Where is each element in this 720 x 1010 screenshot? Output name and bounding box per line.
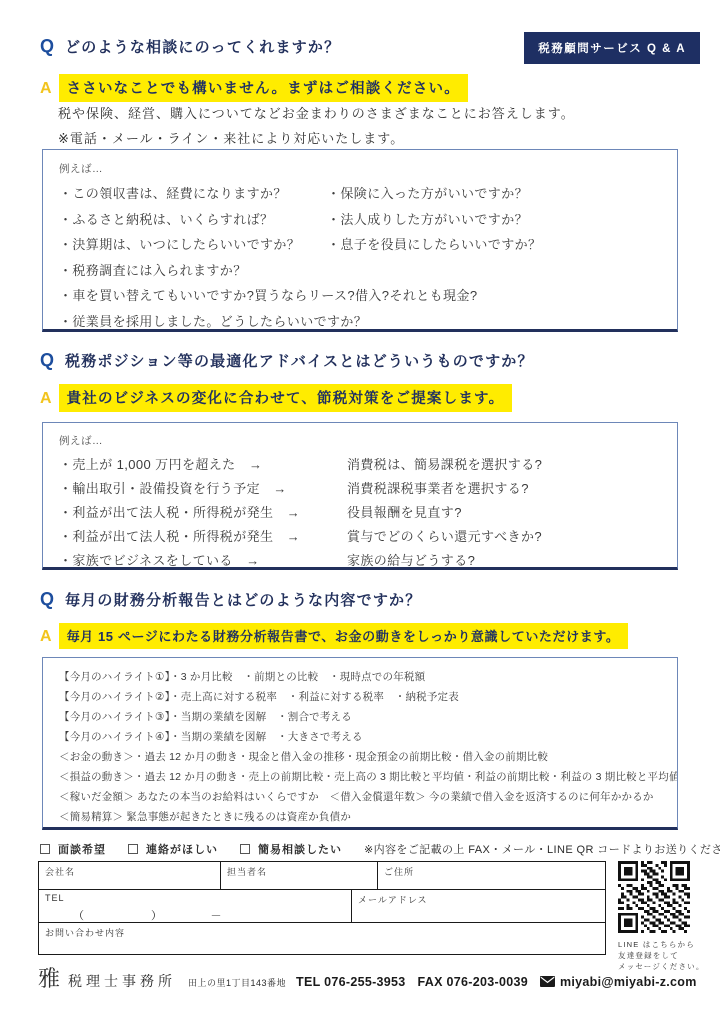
example-item: ・息子を役員にしたらいいですか？ bbox=[327, 232, 541, 258]
office-name: 税理士事務所 bbox=[68, 971, 176, 991]
example-condition: ・輸出取引・設備投資を行う予定 → bbox=[59, 477, 347, 501]
example-box-1: 例えば… ・この領収書は、経費になりますか？ ・保険に入った方がいいですか？ ・… bbox=[42, 149, 678, 332]
example-action: 消費税課税事業者を選択する? bbox=[347, 477, 529, 501]
example-row: ・この領収書は、経費になりますか？ ・保険に入った方がいいですか？ bbox=[59, 181, 661, 207]
inquiry-field[interactable]: お問い合わせ内容 bbox=[39, 923, 605, 953]
report-line: 【今月のハイライト②】・売上高に対する税率 ・利益に対する税率 ・納税予定表 bbox=[59, 687, 661, 707]
question-1-text: どのような相談にのってくれますか？ bbox=[65, 36, 340, 57]
answer-3: A 毎月 15 ページにわたる財務分析報告書で、お金の動きをしっかり意識していた… bbox=[40, 623, 628, 649]
office-email-wrap: miyabi@miyabi-z.com bbox=[540, 973, 697, 991]
question-2: Q 税務ポジション等の最適化アドバイスとはどういうものですか？ bbox=[40, 350, 534, 371]
example-row: ・輸出取引・設備投資を行う予定 → 消費税課税事業者を選択する? bbox=[59, 477, 661, 501]
example-condition: ・利益が出て法人税・所得税が発生 → bbox=[59, 525, 347, 549]
line-qr-code bbox=[618, 861, 690, 933]
tel-field[interactable]: TEL （ ） － bbox=[39, 890, 352, 922]
report-line: 【今月のハイライト③】・当期の業績を図解 ・割合で考える bbox=[59, 707, 661, 727]
form-row-3: お問い合わせ内容 bbox=[39, 923, 605, 953]
answer-2-highlight: 貴社のビジネスの変化に合わせて、節税対策をご提案します。 bbox=[59, 384, 513, 412]
example-row: ・決算期は、いつにしたらいいですか？ ・息子を役員にしたらいいですか？ bbox=[59, 232, 661, 258]
office-email: miyabi@miyabi-z.com bbox=[560, 975, 697, 989]
contact-person-field[interactable]: 担当者名 bbox=[221, 862, 378, 889]
checkbox-meeting[interactable] bbox=[40, 844, 50, 854]
answer-1-description: 税や保険、経営、購入についてなどお金まわりのさまざまなことにお答えします。 ※電… bbox=[58, 101, 575, 151]
service-title-badge: 税務顧問サービス Q & A bbox=[524, 32, 700, 64]
office-tel: TEL 076-255-3953 bbox=[296, 975, 406, 989]
example-item: ・法人成りした方がいいですか？ bbox=[327, 207, 528, 233]
example-action: 賞与でどのくらい還元すべきか? bbox=[347, 525, 542, 549]
envelope-icon bbox=[540, 974, 555, 992]
q-letter: Q bbox=[40, 589, 54, 610]
example-action: 役員報酬を見直す? bbox=[347, 501, 462, 525]
address-field[interactable]: ご住所 bbox=[378, 862, 605, 889]
question-3-text: 毎月の財務分析報告とはどのような内容ですか？ bbox=[65, 589, 421, 610]
report-line: ＜稼いだ金額＞ あなたの本当のお給料はいくらですか ＜借入金償還年数＞ 今の業績… bbox=[59, 787, 661, 807]
a-letter: A bbox=[40, 390, 52, 408]
example-item: ・ふるさと納税は、いくらすれば？ bbox=[59, 207, 327, 233]
answer-1: A ささいなことでも構いません。まずはご相談ください。 bbox=[40, 74, 468, 102]
example-action: 家族の給与どうする? bbox=[347, 549, 475, 570]
example-item: ・保険に入った方がいいですか？ bbox=[327, 181, 528, 207]
example-row: ・利益が出て法人税・所得税が発生 → 賞与でどのくらい還元すべきか? bbox=[59, 525, 661, 549]
report-line: ＜損益の動き＞・過去 12 か月の動き・売上の前期比較・売上高の 3 期比較と平… bbox=[59, 767, 661, 787]
example-condition: ・家族でビジネスをしている → bbox=[59, 549, 347, 570]
example-item: ・税務調査には入られますか？ bbox=[59, 258, 661, 284]
q-letter: Q bbox=[40, 350, 54, 371]
example-row: ・利益が出て法人税・所得税が発生 → 役員報酬を見直す? bbox=[59, 501, 661, 525]
office-logo: 雅 bbox=[38, 962, 60, 993]
example-item: ・この領収書は、経費になりますか？ bbox=[59, 181, 327, 207]
answer-1-highlight: ささいなことでも構いません。まずはご相談ください。 bbox=[59, 74, 468, 102]
example-item: ・車を買い替えてもいいですか?買うならリース?借入?それとも現金? bbox=[59, 283, 661, 309]
qa-flyer-page: Q どのような相談にのってくれますか？ 税務顧問サービス Q & A A ささい… bbox=[0, 0, 720, 1010]
a-letter: A bbox=[40, 80, 52, 98]
qr-caption-line: LINE はこちらから bbox=[618, 939, 694, 950]
example-condition: ・売上が 1,000 万円を超えた → bbox=[59, 453, 347, 477]
report-line: 【今月のハイライト①】・3 か月比較 ・前期との比較 ・現時点での年税額 bbox=[59, 667, 661, 687]
example-item: ・決算期は、いつにしたらいいですか？ bbox=[59, 232, 327, 258]
checkbox-meeting-label: 面談希望 bbox=[58, 841, 106, 857]
company-name-field[interactable]: 会社名 bbox=[39, 862, 221, 889]
contact-form-table: 会社名 担当者名 ご住所 TEL （ ） － メールアドレス お問い合わせ内容 bbox=[38, 861, 606, 955]
a-letter: A bbox=[40, 628, 52, 646]
answer-3-highlight: 毎月 15 ページにわたる財務分析報告書で、お金の動きをしっかり意識していただけ… bbox=[59, 623, 628, 649]
example-label: 例えば… bbox=[59, 433, 661, 448]
example-row: ・家族でビジネスをしている → 家族の給与どうする? bbox=[59, 549, 661, 570]
office-address: 田上の里1丁目143番地 bbox=[188, 976, 286, 989]
line-qr-section: LINE はこちらから 友達登録をして メッセージください。 bbox=[618, 861, 694, 972]
checkbox-contact[interactable] bbox=[128, 844, 138, 854]
answer-2: A 貴社のビジネスの変化に合わせて、節税対策をご提案します。 bbox=[40, 384, 512, 412]
form-row-1: 会社名 担当者名 ご住所 bbox=[39, 862, 605, 890]
report-contents-box: 【今月のハイライト①】・3 か月比較 ・前期との比較 ・現時点での年税額 【今月… bbox=[42, 657, 678, 830]
q-letter: Q bbox=[40, 36, 54, 57]
example-row: ・売上が 1,000 万円を超えた → 消費税は、簡易課税を選択する? bbox=[59, 453, 661, 477]
checkbox-simple-consult-label: 簡易相談したい bbox=[258, 841, 342, 857]
question-2-text: 税務ポジション等の最適化アドバイスとはどういうものですか？ bbox=[65, 350, 534, 371]
form-row-2: TEL （ ） － メールアドレス bbox=[39, 890, 605, 923]
tel-label: TEL bbox=[45, 893, 345, 903]
example-item: ・従業員を採用しました。どうしたらいいですか？ bbox=[59, 309, 661, 333]
email-field[interactable]: メールアドレス bbox=[352, 890, 605, 922]
office-footer: 雅 税理士事務所 田上の里1丁目143番地 TEL 076-255-3953 F… bbox=[38, 962, 697, 993]
office-fax: FAX 076-203-0039 bbox=[418, 975, 528, 989]
example-condition: ・利益が出て法人税・所得税が発生 → bbox=[59, 501, 347, 525]
qr-caption-line: 友達登録をして bbox=[618, 950, 694, 961]
submission-note: ※内容をご記載の上 FAX・メール・LINE QR コードよりお送りください。 bbox=[364, 841, 720, 857]
example-action: 消費税は、簡易課税を選択する? bbox=[347, 453, 542, 477]
example-row: ・ふるさと納税は、いくらすれば？ ・法人成りした方がいいですか？ bbox=[59, 207, 661, 233]
tel-format-guide: （ ） － bbox=[73, 907, 345, 923]
report-line: ＜お金の動き＞・過去 12 か月の動き・現金と借入金の推移・現金預金の前期比較・… bbox=[59, 747, 661, 767]
answer-1-desc-line1: 税や保険、経営、購入についてなどお金まわりのさまざまなことにお答えします。 bbox=[58, 101, 575, 126]
example-label: 例えば… bbox=[59, 161, 661, 176]
checkbox-contact-label: 連絡がほしい bbox=[146, 841, 218, 857]
question-1: Q どのような相談にのってくれますか？ bbox=[40, 36, 340, 57]
report-line: 【今月のハイライト④】・当期の業績を図解 ・大きさで考える bbox=[59, 727, 661, 747]
checkbox-simple-consult[interactable] bbox=[240, 844, 250, 854]
question-3: Q 毎月の財務分析報告とはどのような内容ですか？ bbox=[40, 589, 421, 610]
contact-options-row: 面談希望 連絡がほしい 簡易相談したい ※内容をご記載の上 FAX・メール・LI… bbox=[40, 841, 720, 857]
example-box-2: 例えば… ・売上が 1,000 万円を超えた → 消費税は、簡易課税を選択する?… bbox=[42, 422, 678, 570]
report-line: ＜簡易精算＞ 緊急事態が起きたときに残るのは資産か負債か bbox=[59, 807, 661, 827]
answer-1-desc-line2: ※電話・メール・ライン・来社により対応いたします。 bbox=[58, 126, 575, 151]
